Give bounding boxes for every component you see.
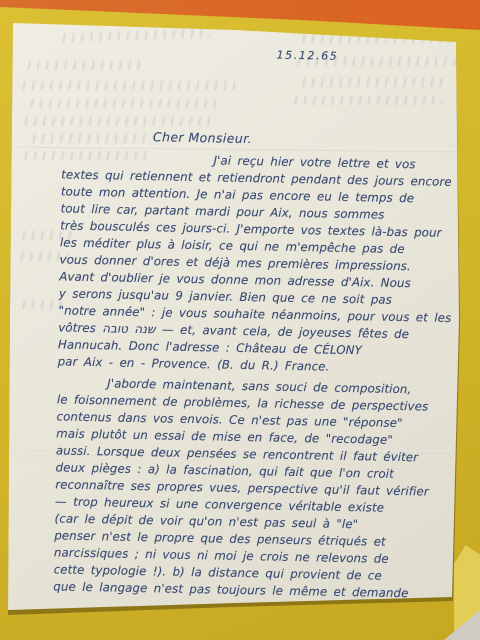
letter-paragraph: J'ai reçu hier votre lettre et vostextes… (57, 149, 463, 378)
ink-bleed-mark (25, 61, 145, 70)
ink-bleed-mark (20, 81, 235, 90)
ink-bleed-mark (28, 99, 223, 108)
letter-date: 15.12.65 (276, 49, 338, 63)
letter-salutation: Cher Monsieur. (153, 129, 252, 146)
ink-bleed-mark (30, 134, 145, 143)
letter-paragraph: J'aborde maintenant, sans souci de compo… (53, 374, 459, 603)
ink-bleed-mark (300, 78, 448, 87)
ink-bleed-mark (292, 96, 442, 105)
photo-scene: 15.12.65 Cher Monsieur. J'ai reçu hier v… (0, 0, 480, 640)
ink-bleed-mark (300, 34, 452, 43)
ink-bleed-mark (60, 28, 210, 42)
ink-bleed-mark (22, 117, 212, 126)
letter-paper: 15.12.65 Cher Monsieur. J'ai reçu hier v… (0, 0, 480, 640)
letter-body: J'ai reçu hier votre lettre et vostextes… (53, 149, 463, 603)
